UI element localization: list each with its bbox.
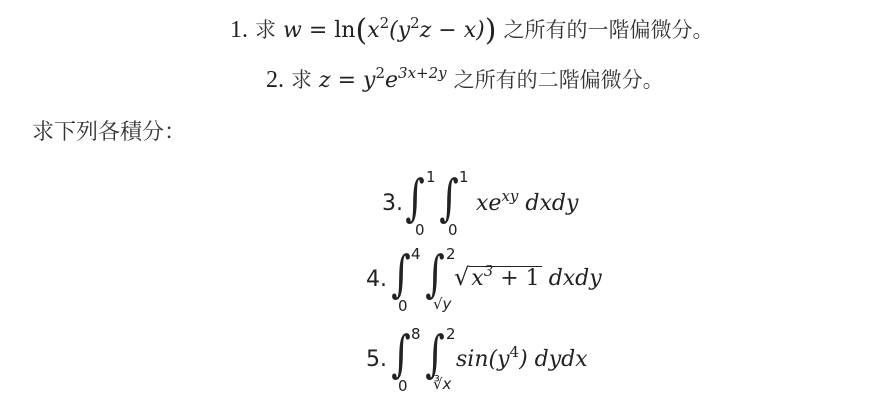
problem-2: 2. 求 z = y2e3x+2y 之所有的二階偏微分。 (266, 68, 664, 92)
problem-2-number: 2. (266, 67, 284, 93)
sqrt-icon: √ (454, 263, 469, 291)
outer-lower-limit: 0 (398, 377, 408, 395)
inner-expr: (y (389, 18, 410, 43)
problem-5: 5. ∫ 8 0 ∫ 2 ∛x sin(y4) dydx (366, 325, 596, 400)
differential: dydx (535, 347, 588, 372)
problem-1: 1. 求 w = ln(x2(y2z − x)) 之所有的一階偏微分。 (230, 16, 713, 46)
inner-lower-limit: √y (433, 295, 451, 313)
integral-icon: ∫ (391, 329, 411, 379)
integrand: xexy dxdy (476, 191, 578, 216)
paren-open: ( (355, 13, 367, 48)
inner-expr-rest: z − x) (420, 18, 485, 43)
var-z: z (319, 68, 331, 93)
problem-1-number: 1. (230, 17, 248, 43)
var-y: y (363, 68, 375, 93)
function: sin(y (456, 347, 510, 372)
differential: dxdy (549, 266, 602, 291)
equals-ln: = ln (302, 18, 356, 43)
inner-lower-limit: ∛x (433, 375, 451, 393)
var-e: e (385, 68, 398, 93)
paren-close: ) (485, 13, 497, 48)
integrand: sin(y4) dydx (456, 347, 588, 372)
outer-lower-limit: 0 (398, 297, 408, 315)
differential: dxdy (525, 191, 578, 216)
exponent: 4 (510, 343, 520, 361)
problem-3: 3. ∫ 1 0 ∫ 1 0 xexy dxdy (382, 165, 602, 240)
inner-upper-limit: 2 (446, 325, 456, 343)
radicand-var: x (471, 266, 483, 291)
outer-lower-limit: 0 (415, 221, 425, 239)
problem-1-lead: 求 (255, 18, 276, 42)
outer-upper-limit: 8 (411, 325, 421, 343)
integral-icon: ∫ (391, 249, 411, 299)
integrand: √x3 + 1 dxdy (454, 263, 602, 291)
exponent: xy (501, 187, 518, 205)
problem-1-tail: 之所有的一階偏微分。 (503, 18, 713, 42)
outer-upper-limit: 1 (426, 168, 436, 186)
inner-upper-limit: 2 (446, 245, 456, 263)
exponent: 3x+2y (398, 64, 447, 82)
problem-4-number: 4. (366, 267, 387, 292)
exponent: 2 (410, 14, 420, 32)
var-x: x (367, 18, 379, 43)
inner-lower-limit: 0 (448, 221, 458, 239)
var-w: w (283, 18, 302, 43)
problem-5-number: 5. (366, 347, 387, 372)
exponent: 2 (375, 64, 385, 82)
integral-icon: ∫ (425, 249, 445, 299)
exponent: 2 (380, 14, 390, 32)
integral-icon: ∫ (405, 173, 425, 223)
exponent: 3 (484, 262, 494, 280)
problem-2-lead: 求 (291, 68, 312, 92)
integrand-base: xe (476, 191, 501, 216)
integral-icon: ∫ (425, 329, 445, 379)
outer-upper-limit: 4 (411, 245, 421, 263)
radicand-rest: + 1 (493, 266, 539, 291)
problem-2-tail: 之所有的二階偏微分。 (454, 68, 664, 92)
section-heading: 求下列各積分： (32, 122, 186, 144)
equals: = (331, 68, 363, 93)
paren-close: ) (519, 347, 528, 372)
integral-icon: ∫ (439, 173, 459, 223)
inner-upper-limit: 1 (459, 168, 469, 186)
problem-3-number: 3. (382, 191, 403, 216)
problem-4: 4. ∫ 4 0 ∫ 2 √y √x3 + 1 dxdy (366, 243, 596, 318)
